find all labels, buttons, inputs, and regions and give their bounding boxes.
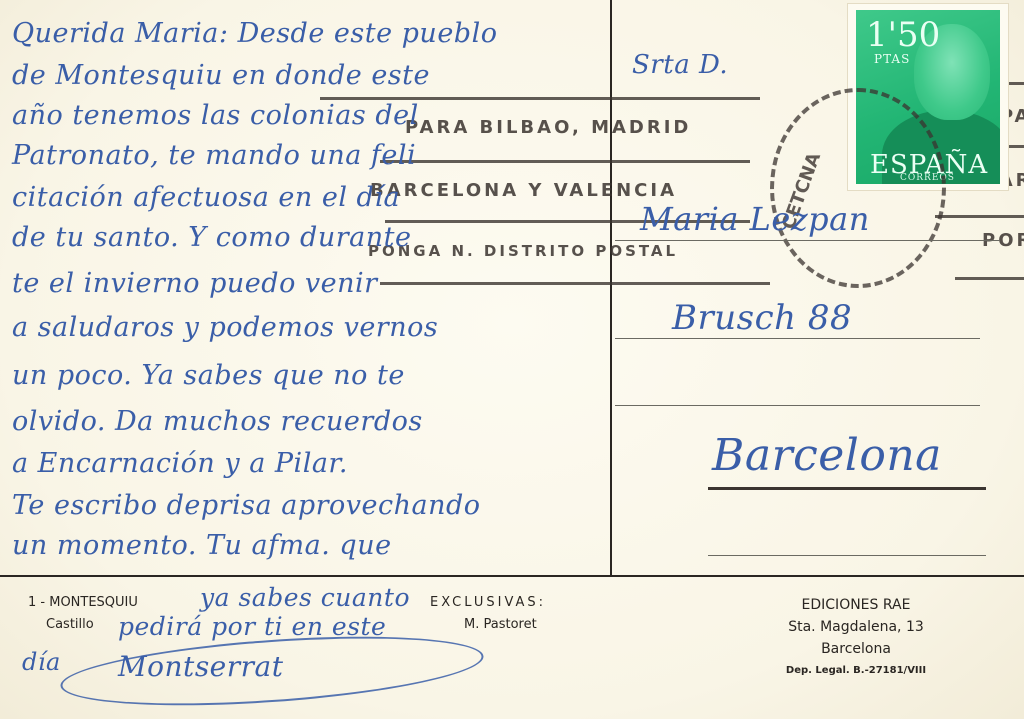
address-line [708, 555, 986, 556]
recipient-name: Maria Lezpan [640, 200, 870, 238]
message-line: Te escribo deprisa aprovechando [12, 490, 481, 521]
message-line: olvido. Da muchos recuerdos [12, 406, 423, 437]
signature: Montserrat [118, 650, 283, 683]
stamp-unit: PTAS [874, 52, 910, 66]
message-line: citación afectuosa en el día [12, 182, 400, 213]
message-line: año tenemos las colonias del [12, 100, 419, 131]
stamp-value: 1'50 [866, 18, 940, 52]
message-line: ya sabes cuanto [200, 583, 410, 612]
address-line [615, 240, 1000, 241]
recipient-street: Brusch 88 [672, 298, 852, 338]
address-line-city [708, 487, 986, 490]
publisher-name: EDICIONES RAE [756, 597, 956, 613]
postcard-back: PARA BILBAO, MADRID BARCELONA Y VALENCIA… [0, 0, 1024, 719]
exclusivas-name: M. Pastoret [464, 617, 537, 632]
message-line: Querida Maria: Desde este pueblo [12, 18, 497, 49]
message-line: Patronato, te mando una feli [12, 140, 416, 171]
message-line: de tu santo. Y como durante [12, 222, 411, 253]
message-line: un poco. Ya sabes que no te [12, 360, 405, 391]
caption-subtitle: Castillo [46, 617, 94, 632]
cancel-bar [935, 215, 1024, 218]
cancel-bar [955, 277, 1024, 280]
vertical-divider [610, 0, 612, 577]
cancel-bar [380, 282, 770, 285]
message-line: te el invierno puedo venir [12, 268, 378, 299]
address-line [615, 338, 980, 339]
caption-title: 1 - MONTESQUIU [28, 595, 138, 610]
publisher-city: Barcelona [756, 641, 956, 657]
recipient-honorific: Srta D. [632, 50, 728, 80]
recipient-city: Barcelona [712, 430, 942, 481]
message-line: a saludaros y podemos vernos [12, 312, 438, 343]
message-line: día [22, 648, 61, 676]
cancel-slogan-line-3: PONGA N. DISTRITO POSTAL [368, 242, 678, 260]
horizontal-divider [0, 575, 1024, 577]
legal-deposit: Dep. Legal. B.-27181/VIII [756, 665, 956, 676]
cancel-slogan-line-2: BARCELONA Y VALENCIA [370, 180, 677, 201]
address-line [615, 405, 980, 406]
message-line: de Montesquiu en donde este [12, 60, 430, 91]
exclusivas-label: EXCLUSIVAS: [430, 595, 546, 610]
cancel-slogan-line-1: PARA BILBAO, MADRID [405, 117, 691, 138]
message-line: un momento. Tu afma. que [12, 530, 392, 561]
cancel-bar [380, 160, 750, 163]
publisher-address: Sta. Magdalena, 13 [756, 619, 956, 635]
message-line: a Encarnación y a Pilar. [12, 448, 348, 479]
